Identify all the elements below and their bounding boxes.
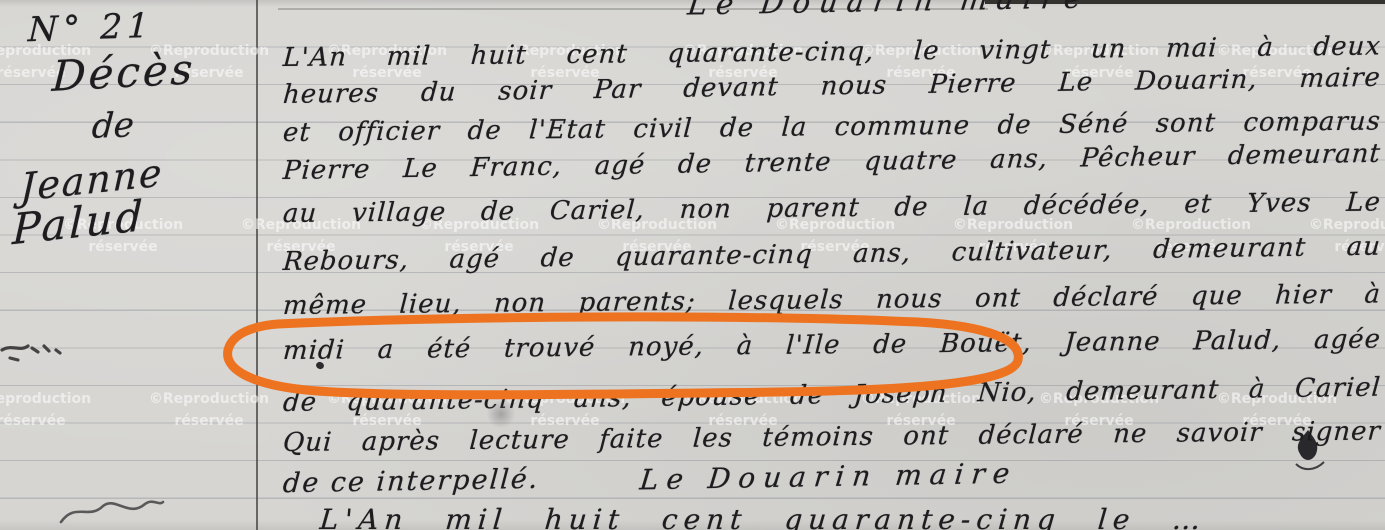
margin-divider-line (256, 0, 258, 530)
record-number: N° 21 (27, 6, 154, 50)
highlight-ellipse-stroke (228, 317, 1019, 395)
previous-record-signature: Le Douarin maire (686, 0, 1093, 22)
document-scan: ©Reproductionréservée©Reproductionréserv… (0, 0, 1385, 530)
margin-ink-smudge (0, 336, 72, 368)
next-record-fragment: L'An mil huit cent quarante-cinq le … (319, 503, 1208, 530)
body-line-5: au village de Cariel, non parent de la d… (282, 184, 1382, 233)
next-record-margin-strokes (55, 492, 165, 530)
body-line-6: Rebours, agé de quarante-cinq ans, culti… (282, 229, 1383, 281)
ink-smudge (486, 400, 516, 428)
closing-signature: Le Douarin maire (638, 457, 1019, 497)
margin-connector-de: de (91, 105, 136, 147)
body-line-10: Qui après lecture faite les témoins ont … (282, 413, 1382, 462)
highlight-ellipse (218, 312, 1030, 404)
watermark: ©Reproductionréservée (0, 388, 96, 432)
ink-blot (1288, 428, 1328, 474)
closing-statement: de ce interpellé. (282, 464, 541, 500)
margin-title-deces: Décès (51, 44, 197, 101)
